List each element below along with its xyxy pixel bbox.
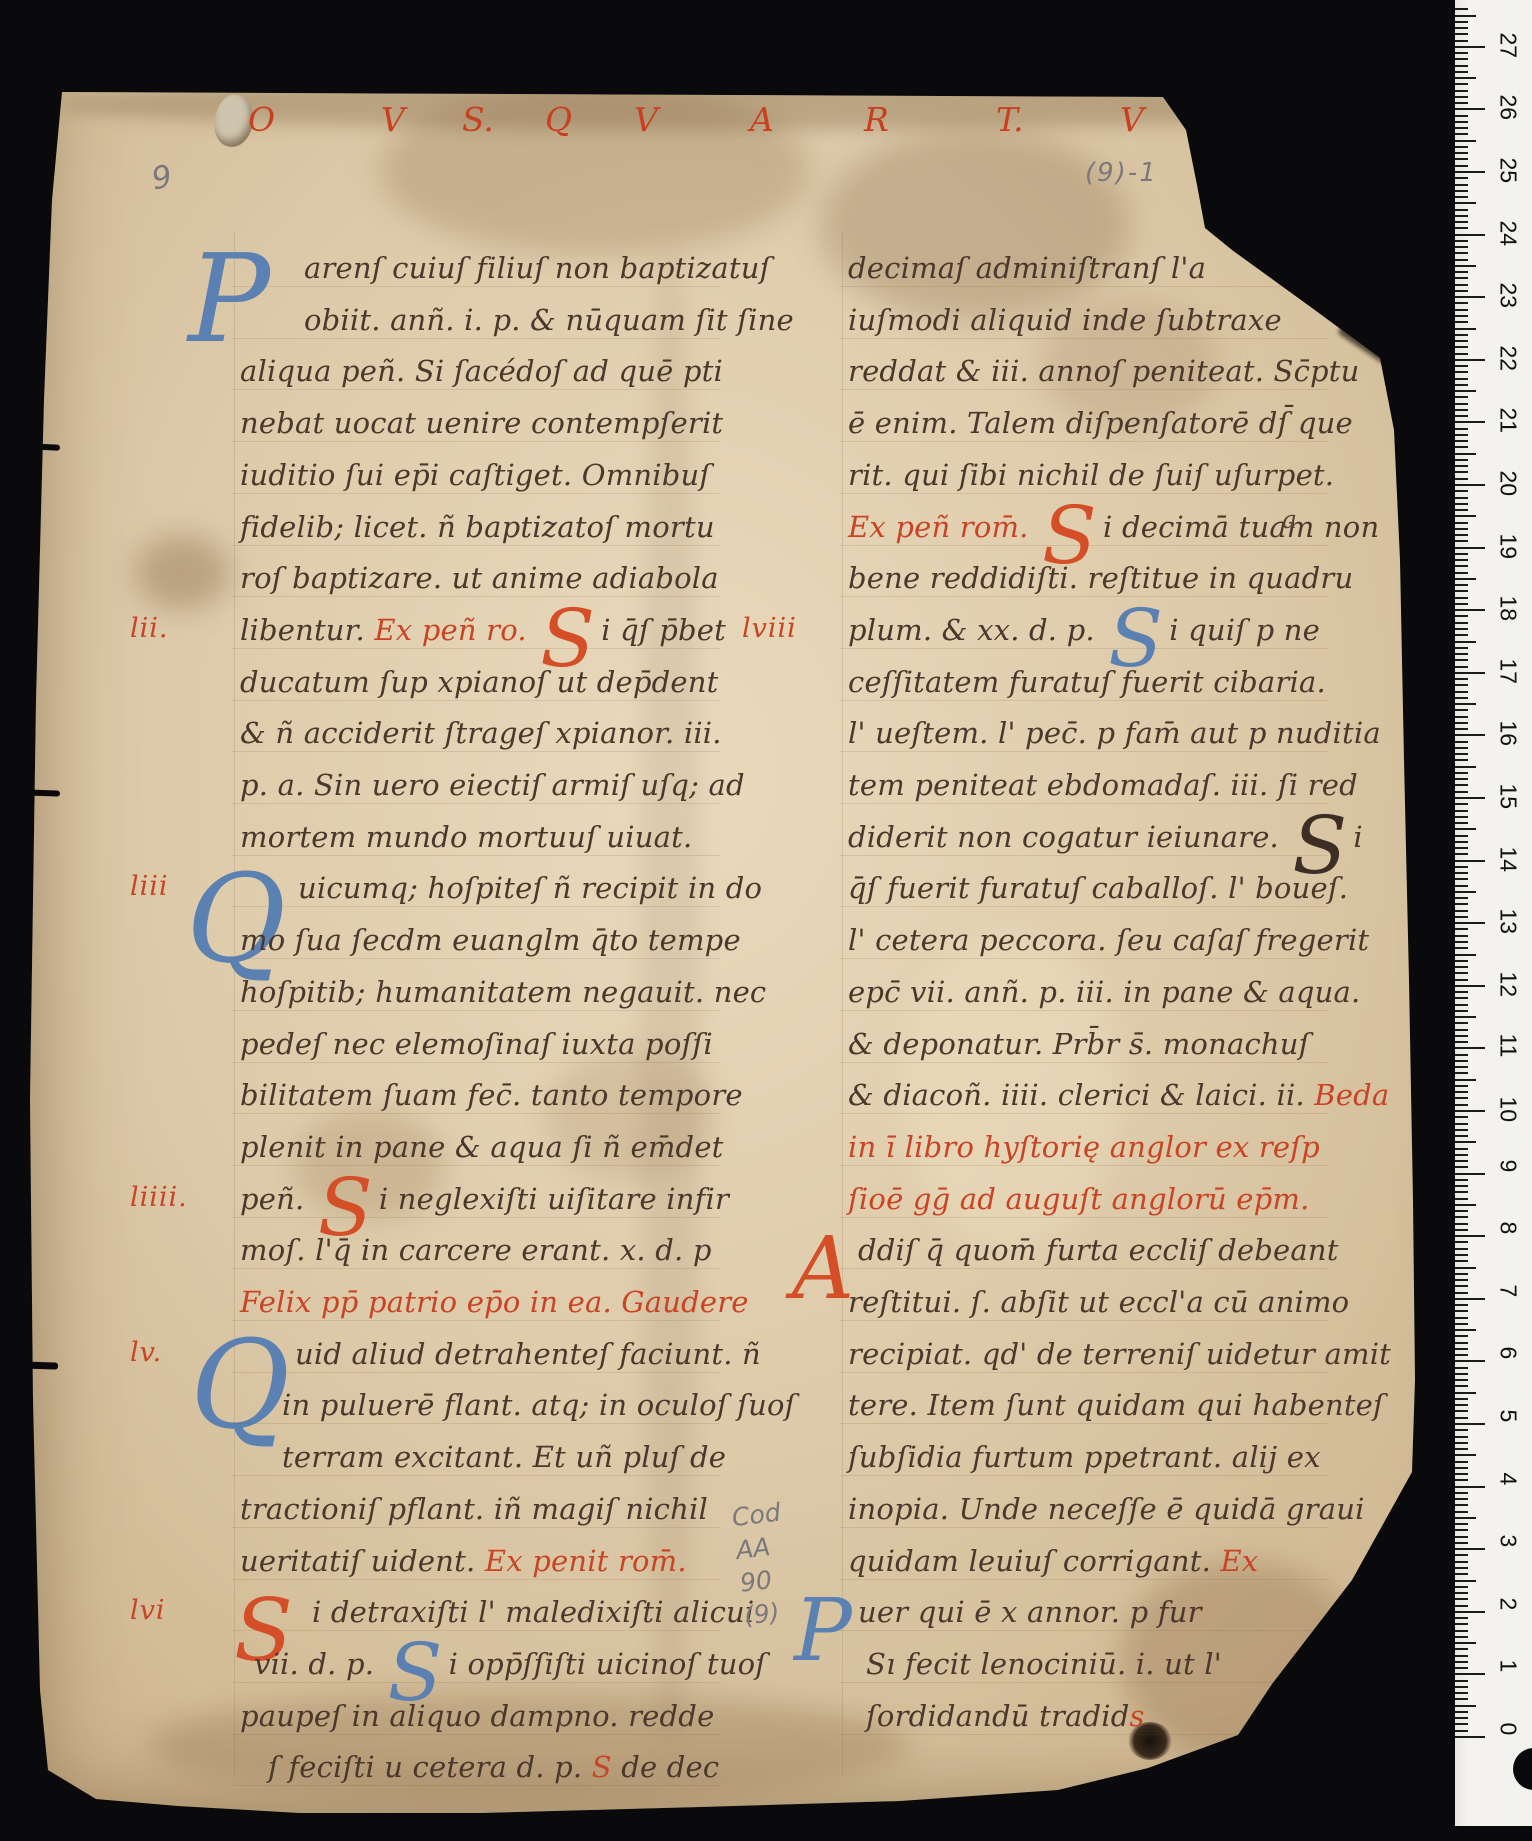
ruler-tick: [1455, 8, 1468, 10]
ruler-tick: [1455, 960, 1468, 962]
text-segment: uer qui ē x annor. p fur: [858, 1595, 1202, 1629]
ruler-tick: [1455, 1661, 1468, 1663]
ruler-tick: [1455, 897, 1468, 899]
ruler-tick: [1455, 40, 1468, 42]
ruler-tick: [1455, 334, 1468, 336]
ruler-tick: [1455, 1198, 1468, 1200]
text-line: pedeſ nec elemoſinaſ iuxta poſſi: [240, 1023, 713, 1065]
ruler-tick: [1455, 540, 1468, 542]
text-line: inopia. Unde neceſſe ē quidā graui: [848, 1488, 1365, 1530]
ruler-tick: [1455, 1523, 1468, 1525]
text-segment: rit. qui ſibi nichil de ſuiſ uſurpet.: [848, 458, 1334, 492]
ruler-tick: [1455, 947, 1468, 949]
text-segment: moſ. l'q̄ in carcere erant. x. d. p: [240, 1233, 712, 1267]
ruler-tick: [1455, 465, 1468, 467]
ruler-tick: [1455, 778, 1468, 780]
text-line: tractioniſ pflant. iñ magiſ nichil: [240, 1488, 708, 1530]
ruler-number: 24: [1495, 220, 1522, 250]
running-title-letter: R: [864, 100, 889, 139]
text-segment: l' cetera peccora. ſeu caſaſ fregerit: [848, 923, 1369, 957]
ruler-tick: [1455, 1072, 1468, 1074]
ruler-tick: [1455, 478, 1468, 480]
ruler-tick: [1455, 615, 1468, 617]
text-segment: decimaſ adminiſtranſ l'a: [848, 251, 1206, 285]
ruler-number: 5: [1495, 1410, 1522, 1440]
ruler-tick: [1455, 384, 1468, 386]
margin-chapter-numeral: lvi: [130, 1595, 166, 1626]
ruler-number: 22: [1495, 345, 1522, 375]
ruler-tick: [1455, 1348, 1468, 1350]
text-line: decimaſ adminiſtranſ l'a: [848, 247, 1206, 289]
ruler-tick: [1455, 1630, 1468, 1632]
ruler-tick: [1455, 1285, 1468, 1287]
ruler-number: 1: [1495, 1660, 1522, 1690]
ruler-tick: [1455, 1029, 1468, 1031]
ruler-tick: [1455, 1479, 1468, 1481]
ruler-tick: [1455, 716, 1468, 718]
text-line: ſordidandū tradids: [866, 1695, 1145, 1737]
pencil-shelfmark-line: (9): [742, 1594, 794, 1633]
ruler-tick: [1455, 1354, 1468, 1356]
ruler-tick: [1455, 1473, 1468, 1475]
ruler-tick: [1455, 102, 1468, 104]
text-segment: l' ueſtem. l' pec̄. p fam̄ aut p nuditia: [848, 716, 1381, 750]
ruler-tick: [1455, 1248, 1468, 1250]
ruler-tick: [1455, 784, 1468, 786]
ruler-tick: [1455, 96, 1468, 98]
text-line: peñ. Si neglexiſti uiſitare infir: [240, 1178, 729, 1220]
ruler-tick: [1455, 46, 1485, 48]
text-line: hoſpitib; humanitatem negauit. nec: [240, 971, 766, 1013]
measuring-ruler: 2726252423222120191817161514131211109876…: [1455, 0, 1532, 1826]
ruler-number: 21: [1495, 408, 1522, 438]
text-segment: i: [1353, 820, 1362, 854]
ruler-tick: [1455, 722, 1468, 724]
ruler-tick: [1455, 1216, 1468, 1218]
text-segment: Ex peñ rom̄.: [848, 510, 1038, 544]
text-line: ē enim. Talem diſpenſatorē dſ̄ que: [848, 402, 1353, 444]
running-title-letter: A: [750, 100, 774, 139]
ruler-tick: [1455, 572, 1468, 574]
ruler-number: 7: [1495, 1284, 1522, 1314]
ruler-tick: [1455, 440, 1468, 442]
text-segment: Felix pp̄ patrio ep̄o in ea. Gaudere: [240, 1285, 749, 1319]
ruler-tick: [1455, 1436, 1468, 1438]
margin-chapter-numeral: lii.: [130, 613, 169, 644]
ruler-tick: [1455, 860, 1485, 862]
text-segment: ceſſitatem furatuſ fuerit cibaria.: [848, 665, 1326, 699]
ruler-tick: [1455, 1342, 1468, 1344]
ruler-tick: [1455, 1492, 1468, 1494]
text-segment: tractioniſ pflant. iñ magiſ nichil: [240, 1492, 708, 1526]
running-title-letter: V: [1120, 100, 1144, 139]
text-line: q̄ſ fuerit furatuſ caballoſ. l' boueſ.: [848, 867, 1348, 909]
text-segment: in ī libro hyſtorię anglor ex reſp: [848, 1130, 1320, 1164]
ruler-tick: [1455, 1448, 1468, 1450]
text-segment: i q̄ſ p̄bet: [601, 613, 726, 647]
ruler-tick: [1455, 1292, 1468, 1294]
ruler-tick: [1455, 1223, 1468, 1225]
ruler-tick: [1455, 772, 1468, 774]
ruler-tick: [1455, 1705, 1476, 1707]
ruler-number: 27: [1495, 32, 1522, 62]
text-segment: i detraxiſti l' maledixiſti alicui: [312, 1595, 754, 1629]
text-segment: uicumq; hoſpiteſ ñ recipit in do: [298, 871, 762, 905]
ruler-tick: [1455, 578, 1476, 580]
text-segment: s: [1130, 1699, 1145, 1733]
text-line: bene reddidiſti. reſtitue in quadru: [848, 557, 1353, 599]
text-segment: obiit. anñ. i. p. & nūquam ſit ſine: [304, 303, 794, 337]
text-segment: iuditio ſui ep̄i caſtiget. Omnibuſ: [240, 458, 710, 492]
ruler-tick: [1455, 1398, 1468, 1400]
ruler-number: 0: [1495, 1723, 1522, 1753]
ruler-tick: [1455, 903, 1468, 905]
ruler-tick: [1455, 828, 1476, 830]
ruler-tick: [1455, 1442, 1468, 1444]
ruler-tick: [1455, 140, 1476, 142]
ruler-tick: [1455, 27, 1468, 29]
text-segment: nebat uocat uenire contempſerit: [240, 406, 723, 440]
ruler-tick: [1455, 1267, 1476, 1269]
ruler-tick: [1455, 265, 1476, 267]
ruler-number: 6: [1495, 1347, 1522, 1377]
ruler-tick: [1455, 1022, 1468, 1024]
ruler-tick: [1455, 1736, 1485, 1738]
text-segment: Beda: [1314, 1078, 1389, 1112]
text-line: Ex peñ rom̄. Si decimā tuam non: [848, 506, 1379, 548]
text-line: ceſſitatem furatuſ fuerit cibaria.: [848, 661, 1326, 703]
ruler-tick: [1455, 803, 1468, 805]
ruler-tick: [1455, 1617, 1468, 1619]
ruler-tick: [1455, 453, 1476, 455]
ruler-tick: [1455, 553, 1468, 555]
text-segment: recipiat. qd' de terreniſ uidetur amit: [848, 1337, 1391, 1371]
ruler-tick: [1455, 622, 1468, 624]
ruler-tick: [1455, 841, 1468, 843]
ruler-tick: [1455, 1060, 1468, 1062]
text-line: roſ baptizare. ut anime adiabola: [240, 557, 719, 599]
text-segment: inopia. Unde neceſſe ē quidā graui: [848, 1492, 1365, 1526]
ruler-tick: [1455, 810, 1468, 812]
text-line: obiit. anñ. i. p. & nūquam ſit ſine: [304, 299, 794, 341]
ruler-tick: [1455, 678, 1468, 680]
ruler-tick: [1455, 346, 1468, 348]
margin-chapter-numeral: lviii: [742, 613, 797, 644]
text-segment: libentur.: [240, 613, 374, 647]
ruler-tick: [1455, 1323, 1468, 1325]
text-segment: i opp̄ſſiſti uicinoſ tuoſ: [449, 1647, 767, 1681]
text-line: in puluerē flant. atq; in oculoſ ſuoſ: [282, 1384, 796, 1426]
ruler-tick: [1455, 747, 1468, 749]
ruler-tick: [1455, 816, 1468, 818]
text-segment: q̄ſ fuerit furatuſ caballoſ. l' boueſ.: [848, 871, 1348, 905]
ruler-tick: [1455, 246, 1468, 248]
text-line: ddiſ q̄ quom̄ furta eccliſ debeant: [858, 1229, 1339, 1271]
ruler-tick: [1455, 1554, 1468, 1556]
text-line: Felix pp̄ patrio ep̄o in ea. Gaudere: [240, 1281, 749, 1323]
text-segment: tem peniteat ebdomadaſ. iii. ſi red: [848, 768, 1358, 802]
ruler-tick: [1455, 1079, 1476, 1081]
stitching-slit: [28, 443, 60, 451]
ruler-number: 23: [1495, 283, 1522, 313]
ruler-tick: [1455, 709, 1468, 711]
ruler-tick: [1455, 1598, 1468, 1600]
ruler-tick: [1455, 1123, 1468, 1125]
ruler-tick: [1455, 647, 1468, 649]
ruler-number: 12: [1495, 971, 1522, 1001]
ruler-tick: [1455, 1692, 1468, 1694]
ruler-tick: [1455, 1085, 1468, 1087]
ruler-tick: [1455, 835, 1468, 837]
text-segment: Sı fecit lenociniū. i. ut l': [866, 1647, 1222, 1681]
ruler-tick: [1455, 1367, 1468, 1369]
ruler-tick: [1455, 734, 1485, 736]
text-segment: mo ſua ſecdm euanglm q̄to tempe: [240, 923, 741, 957]
ruler-tick: [1455, 158, 1468, 160]
ruler-tick: [1455, 1129, 1468, 1131]
ruler-tick: [1455, 146, 1468, 148]
ruler-tick: [1455, 202, 1476, 204]
ruler-tick: [1455, 446, 1468, 448]
ruler-tick: [1455, 1429, 1468, 1431]
ruler-tick: [1455, 1517, 1476, 1519]
ruler-tick: [1455, 290, 1468, 292]
text-segment: ſioē gḡ ad auguſt anglorū ep̄m.: [848, 1182, 1310, 1216]
text-line: l' cetera peccora. ſeu caſaſ fregerit: [848, 919, 1369, 961]
text-segment: ſordidandū tradid: [866, 1699, 1130, 1733]
ruler-tick: [1455, 21, 1468, 23]
ruler-tick: [1455, 1385, 1468, 1387]
ruler-tick: [1455, 991, 1468, 993]
text-line: nebat uocat uenire contempſerit: [240, 402, 723, 444]
text-line: p. a. Sin uero eiectiſ armiſ uſq; ad: [240, 764, 745, 806]
ruler-number: 4: [1495, 1472, 1522, 1502]
ruler-tick: [1455, 515, 1476, 517]
ruler-tick: [1455, 58, 1468, 60]
ruler-tick: [1455, 1417, 1468, 1419]
ruler-tick: [1455, 77, 1476, 79]
ruler-tick: [1455, 71, 1468, 73]
ruler-tick: [1455, 302, 1468, 304]
running-title-letter: V: [634, 100, 658, 139]
ruler-tick: [1455, 1091, 1468, 1093]
ruler-tick: [1455, 234, 1485, 236]
text-line: reſtitui. ſ. abſit ut eccl'a cū animo: [848, 1281, 1349, 1323]
ruler-tick: [1455, 597, 1468, 599]
ruler-tick: [1455, 403, 1468, 405]
text-segment: ſubſidia furtum ppetrant. alij ex: [848, 1440, 1321, 1474]
ruler-tick: [1455, 1486, 1485, 1488]
ruler-tick: [1455, 1166, 1468, 1168]
ruler-number: 14: [1495, 846, 1522, 876]
ruler-tick: [1455, 1698, 1468, 1700]
ruler-tick: [1455, 271, 1468, 273]
ruler-tick: [1455, 371, 1468, 373]
text-segment: fidelib; licet. ñ baptizatoſ mortu: [240, 510, 715, 544]
text-segment: paupeſ in aliquo dampno. redde: [240, 1699, 714, 1733]
ruler-tick: [1455, 966, 1468, 968]
text-line: mo ſua ſecdm euanglm q̄to tempe: [240, 919, 741, 961]
ruler-tick: [1455, 415, 1468, 417]
text-segment: Ex penit rom̄.: [485, 1544, 687, 1578]
pencil-shelfmark-line: Cod: [730, 1496, 782, 1535]
text-line: recipiat. qd' de terreniſ uidetur amit: [848, 1333, 1391, 1375]
ruler-tick: [1455, 759, 1468, 761]
ruler-tick: [1455, 559, 1468, 561]
ruler-tick: [1455, 534, 1468, 536]
margin-chapter-numeral: liiii.: [130, 1182, 188, 1213]
ruler-tick: [1455, 353, 1468, 355]
ruler-tick: [1455, 1298, 1485, 1300]
text-segment: arenſ cuiuſ filiuſ non baptizatuſ: [304, 251, 771, 285]
running-title-letter: Q: [545, 100, 572, 139]
text-segment: i decimā tuam non: [1103, 510, 1379, 544]
ruler-tick: [1455, 1379, 1468, 1381]
text-line: tere. Item ſunt quidam qui habenteſ: [848, 1384, 1384, 1426]
ruler-tick: [1455, 1185, 1468, 1187]
text-segment: bilitatem ſuam fec̄. tanto tempore: [240, 1078, 743, 1112]
ruler-tick: [1455, 108, 1485, 110]
text-segment: p. a. Sin uero eiectiſ armiſ uſq; ad: [240, 768, 745, 802]
text-segment: & deponatur. Prb̄r s̄. monachuſ: [848, 1027, 1310, 1061]
stray-margin-letter: a: [1282, 505, 1297, 534]
ruler-tick: [1455, 1279, 1468, 1281]
ruler-tick: [1455, 590, 1468, 592]
text-line: tem peniteat ebdomadaſ. iii. ſi red: [848, 764, 1358, 806]
text-line: fidelib; licet. ñ baptizatoſ mortu: [240, 506, 715, 548]
column-ruling-vertical: [234, 232, 235, 1777]
ruler-tick: [1455, 1680, 1468, 1682]
ruler-tick: [1455, 1611, 1485, 1613]
ruler-tick: [1455, 979, 1468, 981]
text-line: uid aliud detrahenteſ faciunt. ñ: [295, 1333, 761, 1375]
ruler-tick: [1455, 1467, 1468, 1469]
ruler-tick: [1455, 1310, 1468, 1312]
text-segment: iuſmodi aliquid inde ſubtraxe: [848, 303, 1282, 337]
ruler-tick: [1455, 184, 1468, 186]
ruler-tick: [1455, 728, 1468, 730]
ruler-tick: [1455, 171, 1485, 173]
ruler-tick: [1455, 1410, 1468, 1412]
ruler-tick: [1455, 1648, 1468, 1650]
ruler-tick: [1455, 1179, 1468, 1181]
ruler-number: 25: [1495, 158, 1522, 188]
text-segment: peñ.: [240, 1182, 314, 1216]
ruler-tick: [1455, 1010, 1468, 1012]
manuscript-photo: OVS.QVART.VParenſ cuiuſ filiuſ non bapti…: [0, 0, 1532, 1841]
ruler-number: 9: [1495, 1159, 1522, 1189]
ruler-tick: [1455, 215, 1468, 217]
text-line: reddat & iii. annoſ peniteat. Sc̄ptu: [848, 350, 1360, 392]
ruler-tick: [1455, 1498, 1468, 1500]
text-segment: reſtitui. ſ. abſit ut eccl'a cū animo: [848, 1285, 1349, 1319]
ruler-tick: [1455, 1373, 1468, 1375]
ruler-tick: [1455, 1229, 1468, 1231]
ruler-tick: [1455, 1423, 1485, 1425]
text-line: uer qui ē x annor. p fur: [858, 1591, 1202, 1633]
ruler-tick: [1455, 190, 1468, 192]
ruler-tick: [1455, 941, 1468, 943]
ruler-tick: [1455, 1035, 1468, 1037]
ruler-tick: [1455, 240, 1468, 242]
ruler-tick: [1455, 1254, 1468, 1256]
ruler-tick: [1455, 1260, 1468, 1262]
ruler-tick: [1455, 928, 1468, 930]
ruler-tick: [1455, 1536, 1468, 1538]
ruler-tick: [1455, 741, 1468, 743]
ruler-tick: [1455, 853, 1468, 855]
ruler-tick: [1455, 1717, 1468, 1719]
ruler-tick: [1455, 1135, 1468, 1137]
ruler-tick: [1455, 922, 1485, 924]
ruler-tick: [1455, 1567, 1468, 1569]
ruler-tick: [1455, 434, 1468, 436]
text-line: & ñ acciderit ſtrageſ xpianor. iii.: [240, 712, 722, 754]
ruler-number: 16: [1495, 721, 1522, 751]
ruler-tick: [1455, 972, 1468, 974]
ruler-tick: [1455, 672, 1485, 674]
text-line: Sı fecit lenociniū. i. ut l': [866, 1643, 1222, 1685]
ruler-number: 13: [1495, 909, 1522, 939]
text-segment: i quiſ p ne: [1169, 613, 1320, 647]
text-line: epc̄ vii. anñ. p. iii. in pane & aqua.: [848, 971, 1360, 1013]
ruler-tick: [1455, 659, 1468, 661]
running-title-letter: T.: [996, 100, 1024, 139]
ruler-tick: [1455, 1241, 1468, 1243]
ruler-tick: [1455, 1580, 1476, 1582]
text-segment: reddat & iii. annoſ peniteat. Sc̄ptu: [848, 354, 1360, 388]
text-segment: hoſpitib; humanitatem negauit. nec: [240, 975, 766, 1009]
ruler-tick: [1455, 791, 1468, 793]
ruler-tick: [1455, 115, 1468, 117]
ruler-tick: [1455, 1041, 1468, 1043]
ruler-tick: [1455, 459, 1468, 461]
ruler-tick: [1455, 509, 1468, 511]
ruler-tick: [1455, 1636, 1468, 1638]
text-line: & deponatur. Prb̄r s̄. monachuſ: [848, 1023, 1310, 1065]
text-segment: in puluerē flant. atq; in oculoſ ſuoſ: [282, 1388, 796, 1422]
text-line: l' ueſtem. l' pec̄. p fam̄ aut p nuditia: [848, 712, 1381, 754]
ruler-tick: [1455, 1542, 1468, 1544]
ruler-tick: [1455, 1016, 1476, 1018]
text-segment: i neglexiſti uiſitare infir: [379, 1182, 729, 1216]
ruler-tick: [1455, 165, 1468, 167]
text-line: ſioē gḡ ad auguſt anglorū ep̄m.: [848, 1178, 1310, 1220]
ruler-tick: [1455, 1235, 1485, 1237]
running-title-letter: S.: [462, 100, 494, 139]
ruler-tick: [1455, 1711, 1468, 1713]
ruler-tick: [1455, 1586, 1468, 1588]
ruler-tick: [1455, 259, 1468, 261]
text-segment: quidam leuiuſ corrigant.: [848, 1544, 1220, 1578]
ruler-tick: [1455, 33, 1468, 35]
ruler-tick: [1455, 847, 1468, 849]
ruler-tick: [1455, 1592, 1468, 1594]
ruler-tick: [1455, 1723, 1468, 1725]
ruler-tick: [1455, 603, 1468, 605]
text-segment: mortem mundo mortuuſ uiuat.: [240, 820, 692, 854]
ruler-tick: [1455, 697, 1468, 699]
ruler-tick: [1455, 1047, 1485, 1049]
ruler-tick: [1455, 1605, 1468, 1607]
ruler-tick: [1455, 547, 1485, 549]
running-title-letter: O: [248, 100, 275, 139]
ruler-tick: [1455, 490, 1468, 492]
ruler-tick: [1455, 1191, 1468, 1193]
ruler-tick: [1455, 653, 1468, 655]
text-segment: aliqua peñ. Si ſacédoſ ad quē pti: [240, 354, 723, 388]
text-line: ſubſidia furtum ppetrant. alij ex: [848, 1436, 1321, 1478]
